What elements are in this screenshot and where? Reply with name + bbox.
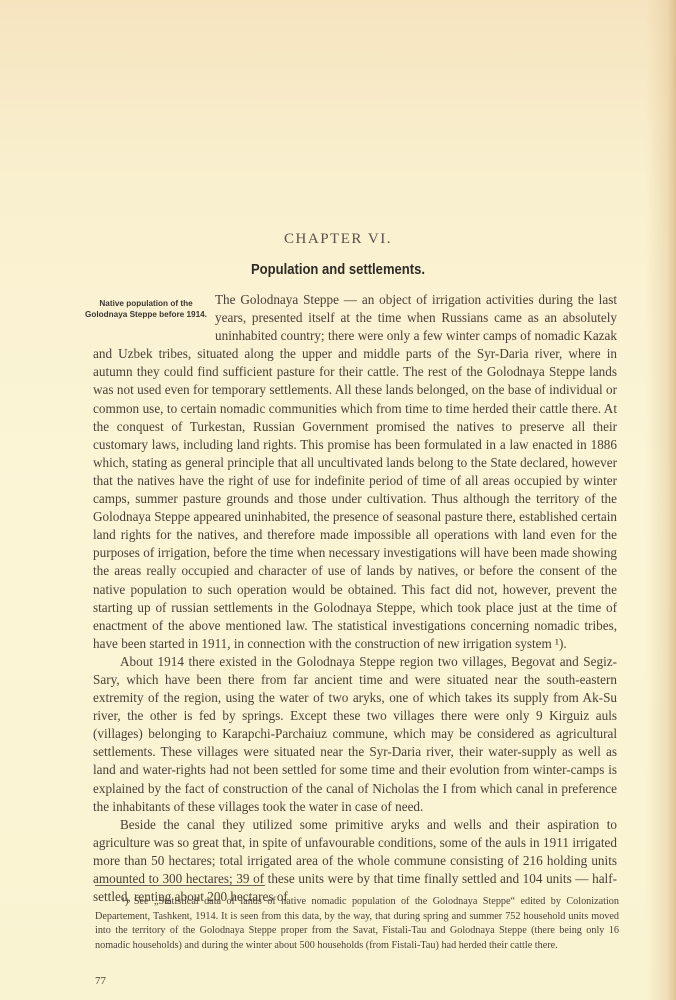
- body-text: The Golodnaya Steppe — an object of irri…: [93, 291, 617, 906]
- paragraph-1: The Golodnaya Steppe — an object of irri…: [93, 291, 617, 653]
- section-title: Population and settlements.: [34, 262, 642, 278]
- footnote: ¹) See „Statistical data of lands of nat…: [95, 895, 619, 953]
- page-edge-shadow: [646, 0, 676, 1000]
- chapter-heading: CHAPTER VI.: [0, 231, 676, 248]
- footnote-divider: [95, 885, 265, 886]
- paragraph-2: About 1914 there existed in the Golodnay…: [93, 653, 617, 816]
- footnote-text: ¹) See „Statistical data of lands of nat…: [95, 895, 619, 953]
- sidenote-float-spacer: [93, 291, 215, 341]
- page-number: 77: [95, 975, 106, 987]
- paragraph-3: Beside the canal they utilized some prim…: [93, 816, 617, 906]
